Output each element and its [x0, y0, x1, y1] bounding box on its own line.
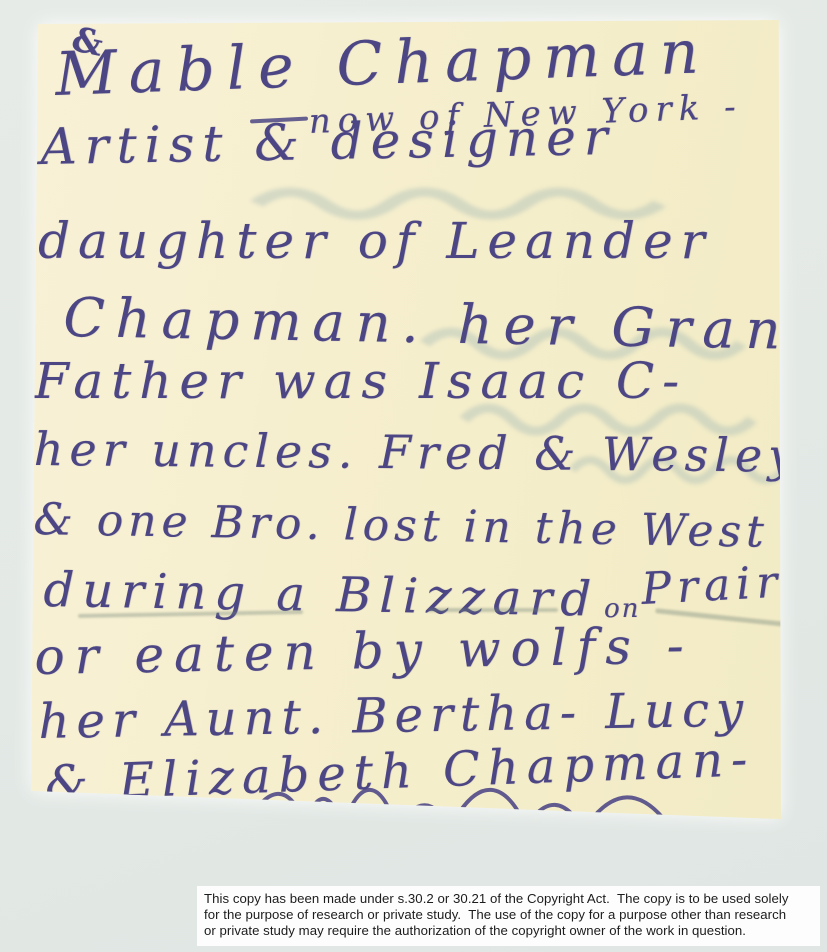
cutoff-handwriting-fragment	[238, 772, 718, 842]
handwriting-line: Artist & designer	[40, 108, 616, 176]
handwritten-note-paper: & Mable Chapman now of New York - Artist…	[28, 16, 784, 824]
copyright-notice-text: for the purpose of research or private s…	[204, 907, 820, 923]
document-scan: & Mable Chapman now of New York - Artist…	[0, 0, 827, 952]
handwriting-line: Father was Isaac C-	[34, 352, 687, 410]
handwriting-line: & one Bro. lost in the West	[33, 494, 769, 558]
handwriting-line: Prairie	[640, 554, 827, 615]
handwriting-line: daughter of Leander	[38, 212, 713, 270]
copyright-notice-text: This copy has been made under s.30.2 or …	[204, 891, 820, 907]
copyright-notice-text: or private study may require the authori…	[204, 923, 820, 939]
paper-shadow-wrap: & Mable Chapman now of New York - Artist…	[0, 0, 827, 952]
handwriting-line: during a Blizzard	[43, 562, 599, 628]
handwriting-line: her uncles. Fred & Wesley	[34, 422, 801, 483]
handwriting-line: or eaten by wolfs -	[34, 616, 694, 685]
eraser-smudge	[428, 608, 558, 612]
copyright-notice-box: This copy has been made under s.30.2 or …	[197, 886, 820, 946]
